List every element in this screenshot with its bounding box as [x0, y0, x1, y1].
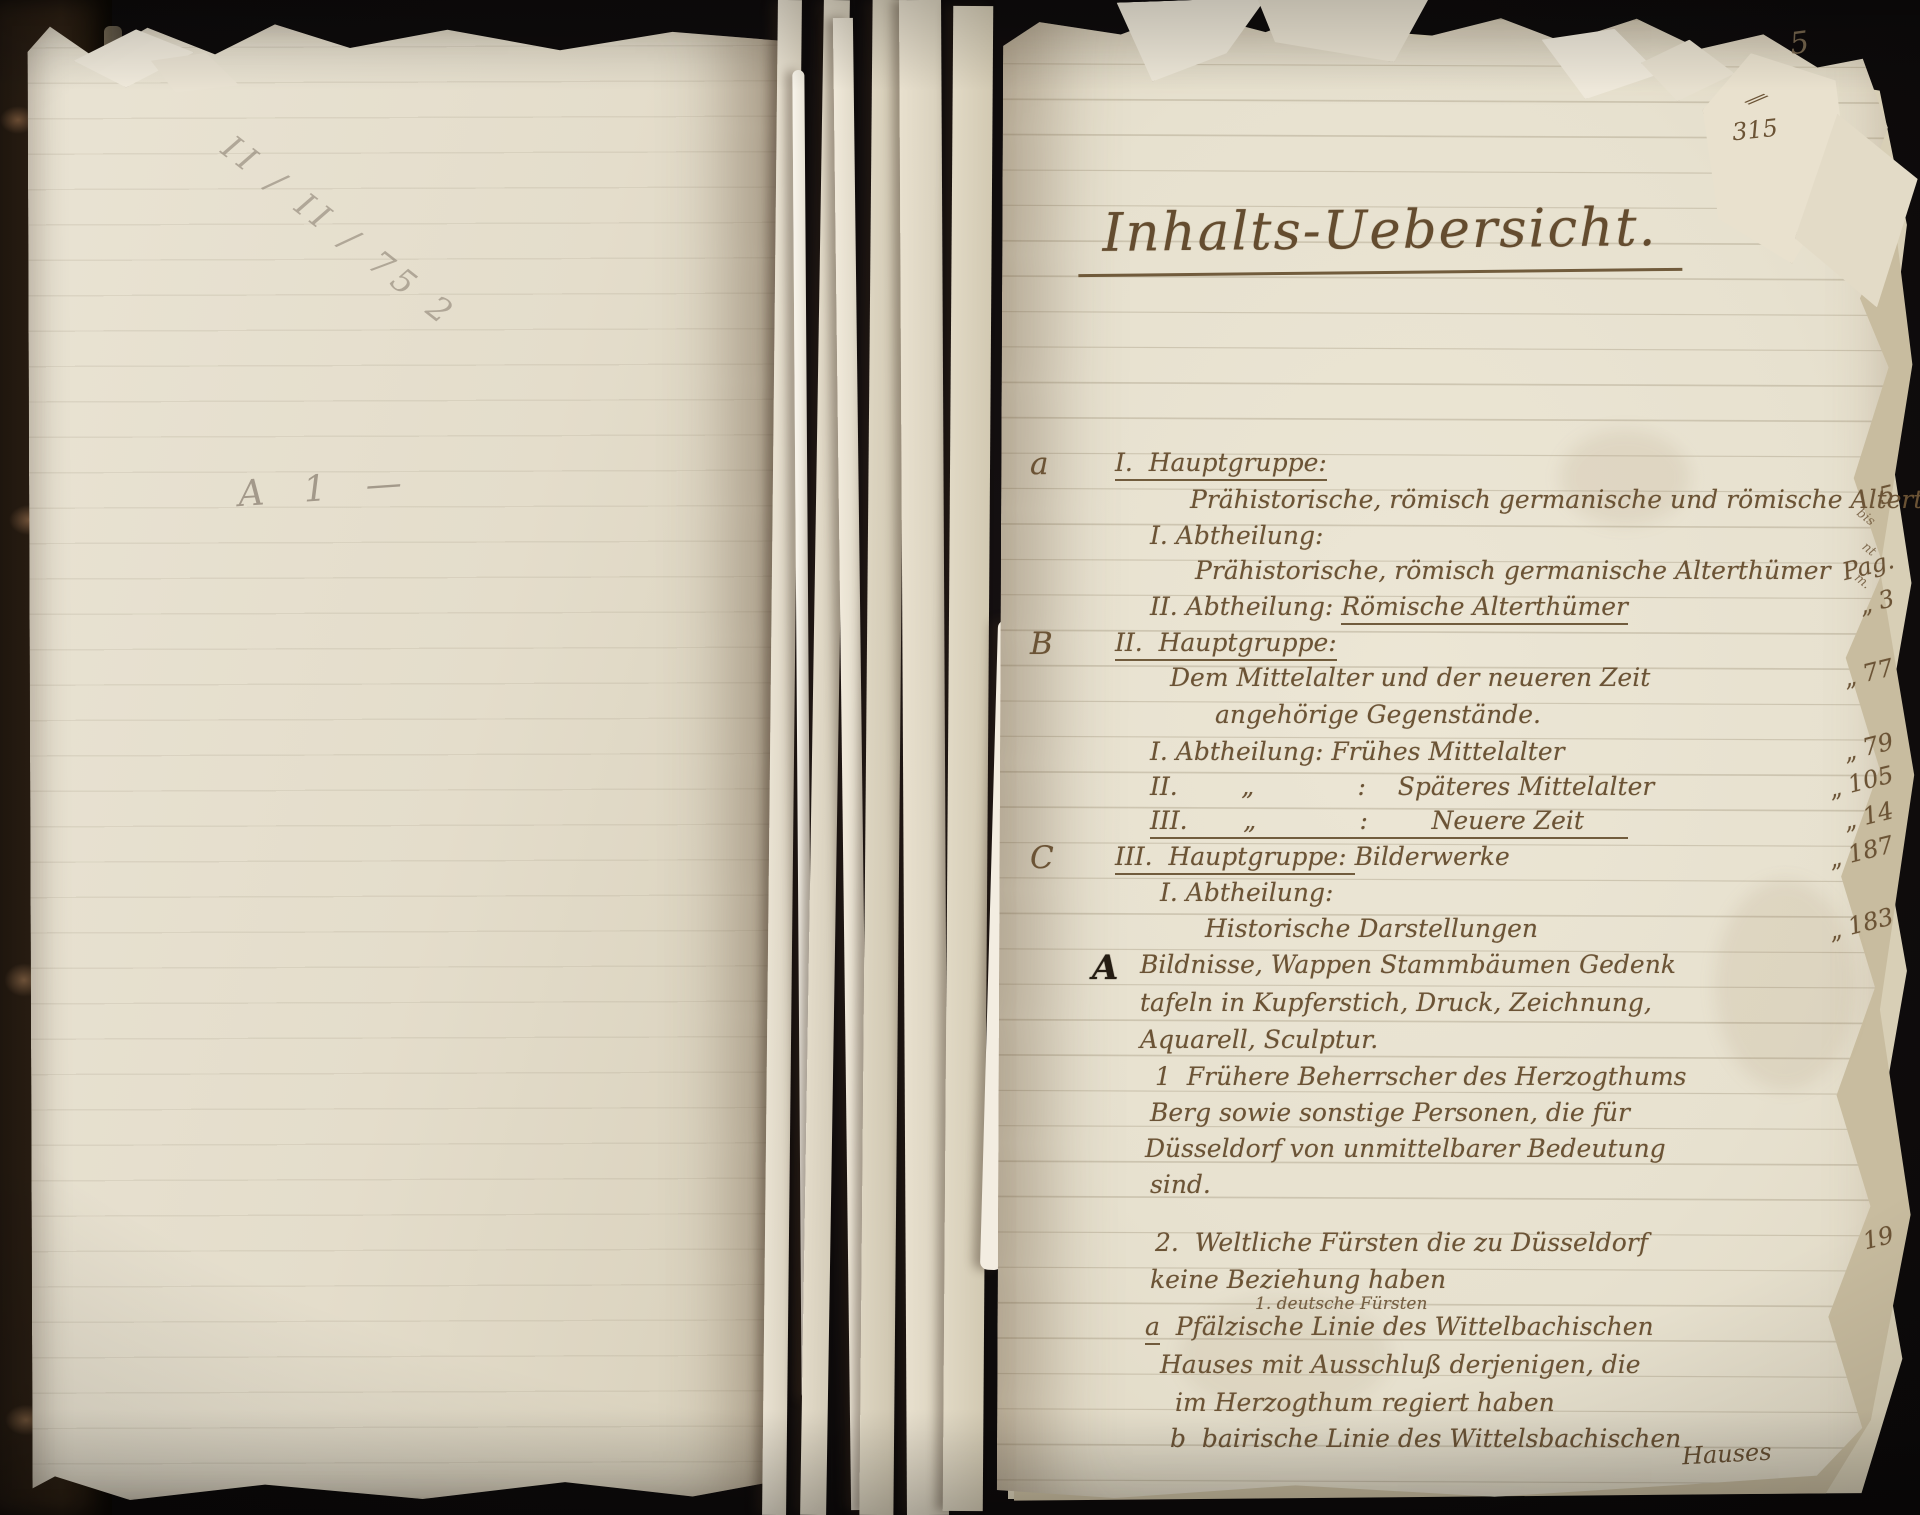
toc-text: im Herzogthum regiert haben [1175, 1388, 1555, 1417]
toc-line: I. Abtheilung: [1150, 521, 1894, 550]
toc-line: keine Beziehung haben [1150, 1265, 1894, 1294]
margin-letter-a: a [1030, 446, 1048, 482]
toc-line: Aquarell, Sculptur. [1140, 1025, 1894, 1054]
page-ref: „ 77 [1841, 653, 1897, 692]
photo-of-open-manuscript-book: II / II / 75 2 A 1 — 5 ⁄⁄ 315 bis nt m. … [0, 0, 1920, 1515]
toc-line: Prähistorische, römisch germanische und … [1190, 485, 1894, 514]
toc-text: 1 Frühere Beherrscher des Herzogthums [1155, 1062, 1687, 1091]
margin-letter-ink-a: A [1092, 948, 1118, 988]
toc-text: Bildnisse, Wappen Stammbäumen Gedenk [1140, 950, 1676, 979]
flap-fragment-number: 315 [1731, 114, 1779, 147]
toc-text: b bairische Linie des Wittelsbachischen [1170, 1424, 1681, 1453]
toc-line: sind. [1150, 1170, 1894, 1199]
toc-text: tafeln in Kupferstich, Druck, Zeichnung, [1140, 988, 1652, 1017]
toc-line: im Herzogthum regiert haben [1175, 1388, 1894, 1417]
toc-text: 2. Weltliche Fürsten die zu Düsseldorf [1155, 1228, 1648, 1257]
handwriting-layer: II / II / 75 2 A 1 — 5 ⁄⁄ 315 bis nt m. … [0, 0, 1920, 1515]
toc-text: Historische Darstellungen [1205, 914, 1538, 943]
toc-line: Prähistorische, römisch germanische Alte… [1195, 556, 1894, 585]
toc-line: III. „ : Neuere Zeit„ 14 [1150, 806, 1894, 839]
toc-text: angehörige Gegenstände. [1215, 700, 1541, 729]
page-ref: 19 [1861, 1221, 1897, 1256]
page-ref: „ 183 [1826, 902, 1897, 945]
corner-page-number: 5 [1788, 25, 1812, 62]
toc-text: Prähistorische, römisch germanische Alte… [1195, 556, 1831, 585]
toc-text: Düsseldorf von unmittelbarer Bedeutung [1145, 1134, 1666, 1163]
toc-line: Hauses mit Ausschluß derjenigen, die [1160, 1350, 1894, 1379]
toc-text: 1. deutsche Fürsten [1255, 1294, 1427, 1314]
toc-line: 1 Frühere Beherrscher des Herzogthums [1155, 1062, 1894, 1091]
toc-text: sind. [1150, 1170, 1211, 1199]
flap-stroke-marks: ⁄⁄ [1747, 88, 1765, 114]
toc-line: II. Abtheilung: Römische Alterthümer„ 3 [1150, 592, 1894, 621]
toc-line: tafeln in Kupferstich, Druck, Zeichnung, [1140, 988, 1894, 1017]
toc-line: Historische Darstellungen„ 183 [1205, 914, 1894, 943]
toc-line: II. „ : Späteres Mittelalter„ 105 [1150, 772, 1894, 801]
bottom-right-word: Hauses [1681, 1438, 1772, 1471]
toc-text: I. Abtheilung: [1150, 521, 1323, 550]
toc-line: I. Abtheilung: Frühes Mittelalter„ 79 [1150, 737, 1894, 766]
toc-text: Prähistorische, römisch germanische und … [1190, 485, 1920, 514]
toc-text: Hauses mit Ausschluß derjenigen, die [1160, 1350, 1641, 1379]
toc-line: a Pfälzische Linie des Wittelbachischen [1145, 1312, 1894, 1341]
toc-line: 2. Weltliche Fürsten die zu Düsseldorf19 [1155, 1228, 1894, 1257]
toc-line-section-a: ABildnisse, Wappen Stammbäumen Gedenk [1140, 950, 1894, 979]
pencil-inventory-mark: II / II / 75 2 [215, 128, 466, 336]
toc-text: keine Beziehung haben [1150, 1265, 1446, 1294]
toc-text: I. Abtheilung: [1160, 878, 1333, 907]
margin-letter-b: B [1030, 626, 1053, 662]
toc-line-insertion: 1. deutsche Fürsten [1255, 1294, 1894, 1314]
margin-letter-c: C [1030, 840, 1054, 876]
toc-text: II. „ : Späteres Mittelalter [1150, 772, 1654, 801]
toc-title: Inhalts-Uebersicht. [1078, 197, 1683, 277]
toc-text: Dem Mittelalter und der neueren Zeit [1170, 663, 1650, 692]
toc-text: Berg sowie sonstige Personen, die für [1150, 1098, 1630, 1127]
toc-text: Bilderwerke [1355, 842, 1510, 871]
toc-text: I. Abtheilung: Frühes Mittelalter [1150, 737, 1565, 766]
toc-line: angehörige Gegenstände. [1215, 700, 1894, 729]
toc-line: Düsseldorf von unmittelbarer Bedeutung [1145, 1134, 1894, 1163]
toc-line: Berg sowie sonstige Personen, die für [1150, 1098, 1894, 1127]
toc-text: Pfälzische Linie des Wittelbachischen [1160, 1312, 1654, 1341]
toc-text: II. Hauptgruppe: [1115, 628, 1337, 661]
toc-line: I. Abtheilung: [1160, 878, 1894, 907]
toc-text: II. Abtheilung: [1150, 592, 1341, 621]
toc-text: I. Hauptgruppe: [1115, 448, 1327, 481]
toc-line: Dem Mittelalter und der neueren Zeit„ 77 [1170, 663, 1894, 692]
toc-line-hauptgruppe-2: BII. Hauptgruppe: [1115, 628, 1894, 657]
toc-line-hauptgruppe-3: CIII. Hauptgruppe: Bilderwerke„ 187 [1115, 842, 1894, 871]
toc-text: Aquarell, Sculptur. [1140, 1025, 1378, 1054]
toc-text: Römische Alterthümer [1341, 592, 1628, 625]
pencil-mark-a1: A 1 — [237, 462, 417, 515]
toc-text: III. „ : Neuere Zeit [1150, 806, 1628, 839]
toc-text: III. Hauptgruppe: [1115, 842, 1355, 875]
page-ref: Pag. [1839, 546, 1897, 586]
toc-line-hauptgruppe-1: aI. Hauptgruppe: [1115, 448, 1894, 477]
toc-text: a [1145, 1312, 1160, 1345]
toc-line: b bairische Linie des Wittelsbachischen [1170, 1424, 1894, 1453]
